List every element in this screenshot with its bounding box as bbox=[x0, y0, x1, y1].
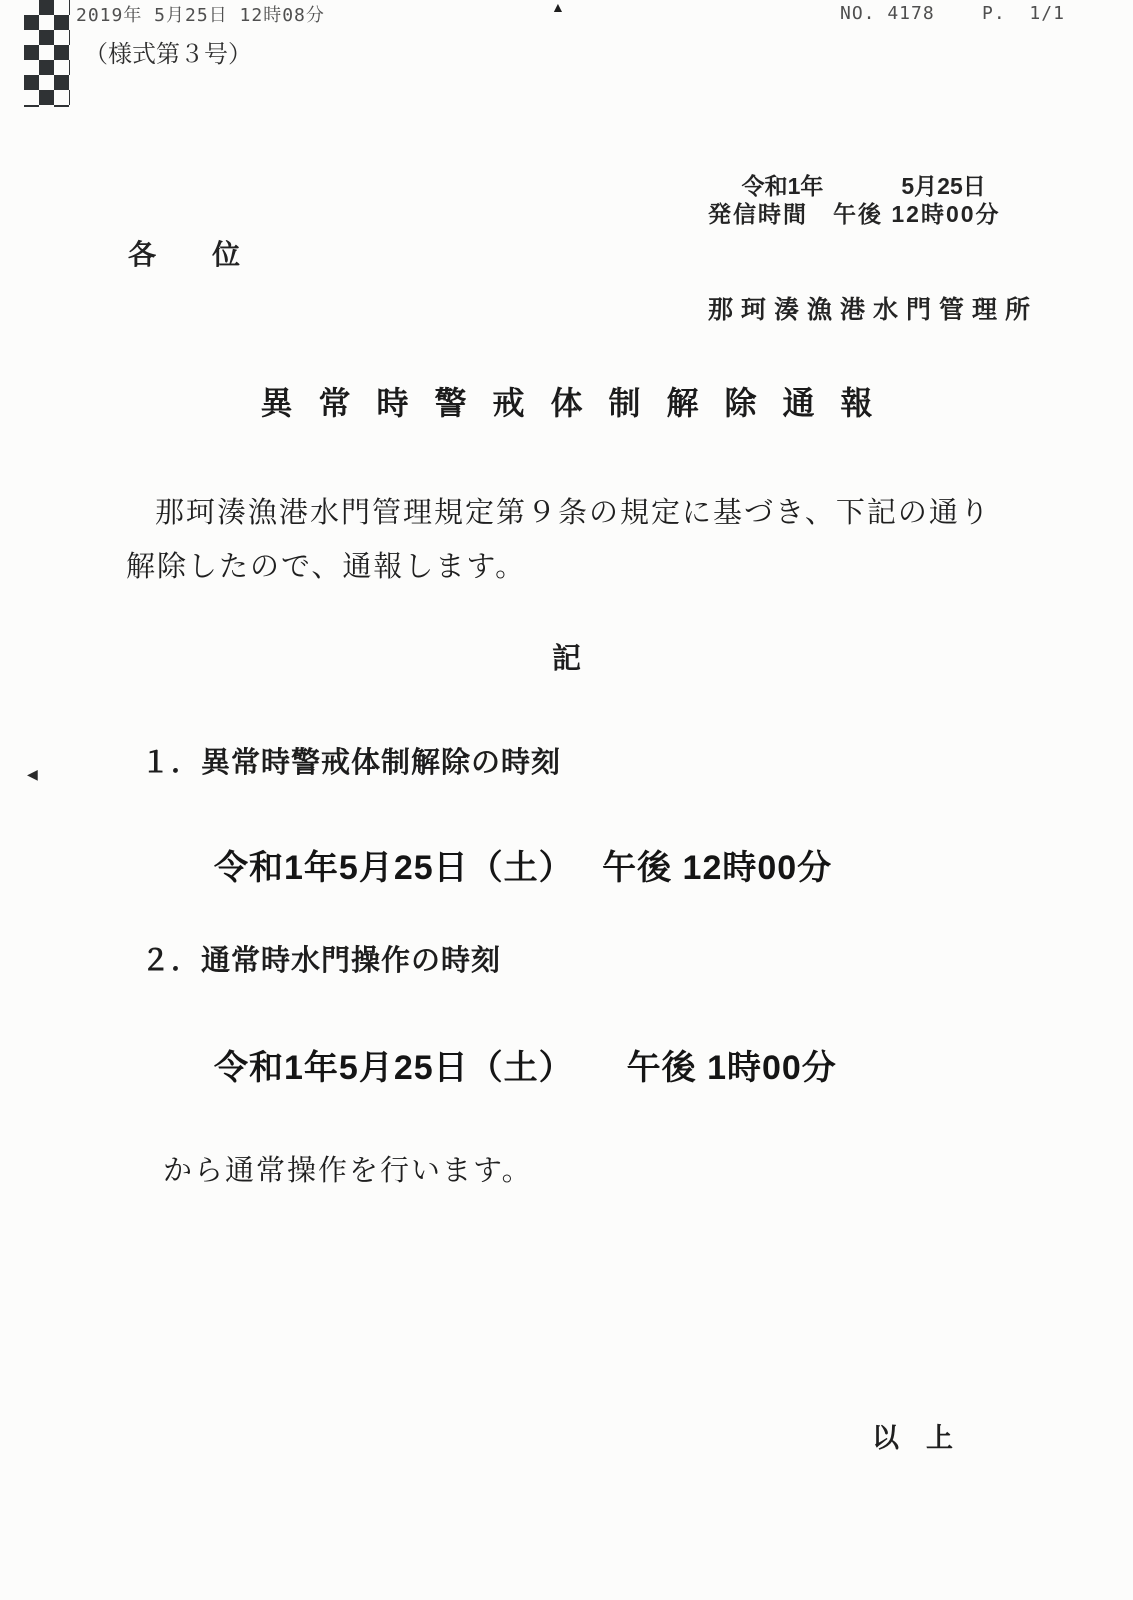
up-triangle-marker-icon: ▲ bbox=[551, 0, 565, 15]
closing-line: から通常操作を行います。 bbox=[163, 1148, 533, 1189]
fax-checker-pattern bbox=[24, 0, 70, 107]
recipient-line: 各 位 bbox=[128, 233, 240, 273]
record-marker: 記 bbox=[0, 636, 1133, 677]
send-time: 発信時間 午後 12時00分 bbox=[708, 196, 1001, 229]
fax-header-datetime: 2019年 5月25日 12時08分 bbox=[76, 1, 325, 27]
fax-header-page-info: NO. 4178 P. 1/1 bbox=[840, 3, 1065, 24]
fax-document-page: 2019年 5月25日 12時08分 ▲ NO. 4178 P. 1/1 （様式… bbox=[0, 0, 1133, 1600]
item-2-label: ２．通常時水門操作の時刻 bbox=[141, 938, 501, 979]
item-1-label: １．異常時警戒体制解除の時刻 bbox=[141, 740, 561, 781]
body-paragraph: 那珂湊漁港水門管理規定第９条の規定に基づき、下記の通り解除したので、通報します。 bbox=[126, 486, 1018, 594]
item-2-value: 令和1年5月25日（土） 午後 1時00分 bbox=[214, 1040, 837, 1089]
item-1-value: 令和1年5月25日（土） 午後 12時00分 bbox=[214, 840, 832, 889]
form-number: （様式第３号） bbox=[84, 34, 252, 69]
sender-organization: 那珂湊漁港水門管理所 bbox=[708, 290, 1038, 326]
left-triangle-marker-icon: ◀ bbox=[27, 766, 38, 783]
sign-off: 以 上 bbox=[872, 1416, 953, 1455]
document-title: 異常時警戒体制解除通報 bbox=[0, 378, 1133, 424]
